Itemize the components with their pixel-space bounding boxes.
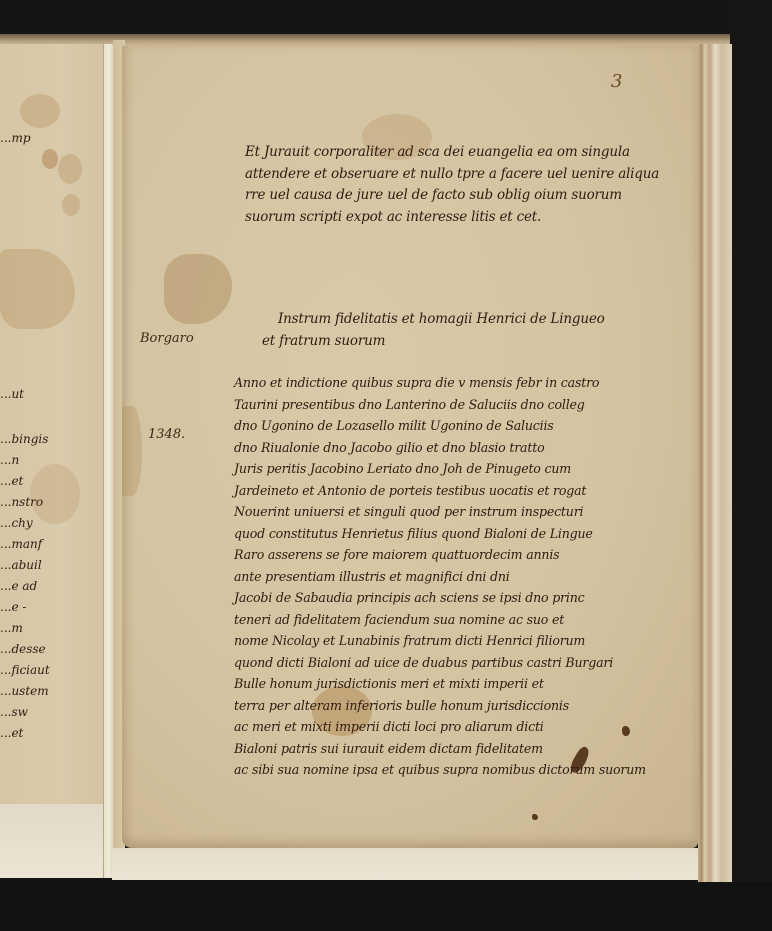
verso-text-line: ...et — [0, 471, 60, 492]
text-line: ac meri et mixti imperii dicti loci pro … — [234, 716, 646, 738]
verso-lower-margin — [0, 804, 108, 878]
verso-text-line: ...desse — [0, 639, 60, 660]
water-stain — [164, 254, 232, 324]
text-line: suorum scripti expot ac interesse litis … — [245, 207, 659, 229]
ink-blot — [532, 814, 538, 820]
water-stain — [58, 154, 82, 184]
text-line: quod constitutus Henrietus filius quond … — [234, 523, 646, 545]
lower-page-margin — [112, 848, 702, 880]
verso-text-line: ...m — [0, 618, 60, 639]
document-heading: Instrum fidelitatis et homagii Henrici d… — [278, 309, 605, 352]
margin-note-place: Borgaro — [140, 331, 194, 346]
heading-line: Instrum fidelitatis et homagii Henrici d… — [278, 309, 605, 331]
first-paragraph: Et Jurauit corporaliter ad sca dei euang… — [245, 142, 659, 228]
verso-page-fragment: ...mp ...ut ...bingis ...n ...et ...nstr… — [0, 44, 103, 804]
text-line: Jacobi de Sabaudia principis ach sciens … — [234, 587, 646, 609]
dark-backdrop-right — [732, 0, 772, 931]
verso-text-line: ...abuil — [0, 555, 60, 576]
text-line: ante presentiam illustris et magnifici d… — [234, 566, 646, 588]
main-paragraph: Anno et indictione quibus supra die v me… — [234, 372, 646, 781]
verso-text-line: ...mp — [0, 128, 60, 150]
text-line: dno Riualonie dno Jacobo gilio et dno bl… — [234, 437, 646, 459]
text-line: Et Jurauit corporaliter ad sca dei euang… — [245, 142, 659, 164]
text-line: rre uel causa de jure uel de facto sub o… — [245, 185, 659, 207]
water-stain — [0, 249, 75, 329]
verso-text-line: ...sw — [0, 702, 60, 723]
text-line: quond dicti Bialoni ad uice de duabus pa… — [234, 652, 646, 674]
folio-number: 3 — [611, 71, 622, 92]
text-line: teneri ad fidelitatem faciendum sua nomi… — [234, 609, 646, 631]
verso-text-line: ...ustem — [0, 681, 60, 702]
text-line: Juris peritis Jacobino Leriato dno Joh d… — [234, 458, 646, 480]
dark-backdrop-bottom — [0, 882, 772, 931]
text-line: dno Ugonino de Lozasello milit Ugonino d… — [234, 415, 646, 437]
verso-text-line: ...et — [0, 723, 60, 744]
water-stain — [20, 94, 60, 128]
verso-text-column: ...ut ...bingis ...n ...et ...nstro ...c… — [0, 384, 60, 744]
verso-text-line: ...nstro — [0, 492, 60, 513]
text-line: ac sibi sua nomine ipsa et quibus supra … — [234, 759, 646, 781]
text-line: Bulle honum jurisdictionis meri et mixti… — [234, 673, 646, 695]
verso-text-line: ...ut — [0, 384, 60, 405]
text-line: attendere et obseruare et nullo tpre a f… — [245, 164, 659, 186]
verso-text-line: ...ficiaut — [0, 660, 60, 681]
text-line: Jardeineto et Antonio de porteis testibu… — [234, 480, 646, 502]
verso-text-line: ...manf — [0, 534, 60, 555]
verso-text-line: ...bingis — [0, 429, 60, 450]
verso-text-line: ...chy — [0, 513, 60, 534]
fore-edge-leaves — [698, 44, 732, 882]
verso-text-line: ...e - — [0, 597, 60, 618]
text-line: Raro asserens se fore maiorem quattuorde… — [234, 544, 646, 566]
verso-text-line: ...e ad — [0, 576, 60, 597]
water-stain — [122, 406, 142, 496]
text-line: Bialoni patris sui iurauit eidem dictam … — [234, 738, 646, 760]
text-line: Taurini presentibus dno Lanterino de Sal… — [234, 394, 646, 416]
water-stain — [42, 149, 58, 169]
text-line: nome Nicolay et Lunabinis fratrum dicti … — [234, 630, 646, 652]
text-line: terra per alteram inferioris bulle honum… — [234, 695, 646, 717]
text-line: Anno et indictione quibus supra die v me… — [234, 372, 646, 394]
margin-note-year: 1348. — [148, 427, 185, 442]
water-stain — [62, 194, 80, 216]
heading-line: et fratrum suorum — [262, 331, 605, 353]
text-line: Nouerint uniuersi et singuli quod per in… — [234, 501, 646, 523]
verso-text-line: ...n — [0, 450, 60, 471]
